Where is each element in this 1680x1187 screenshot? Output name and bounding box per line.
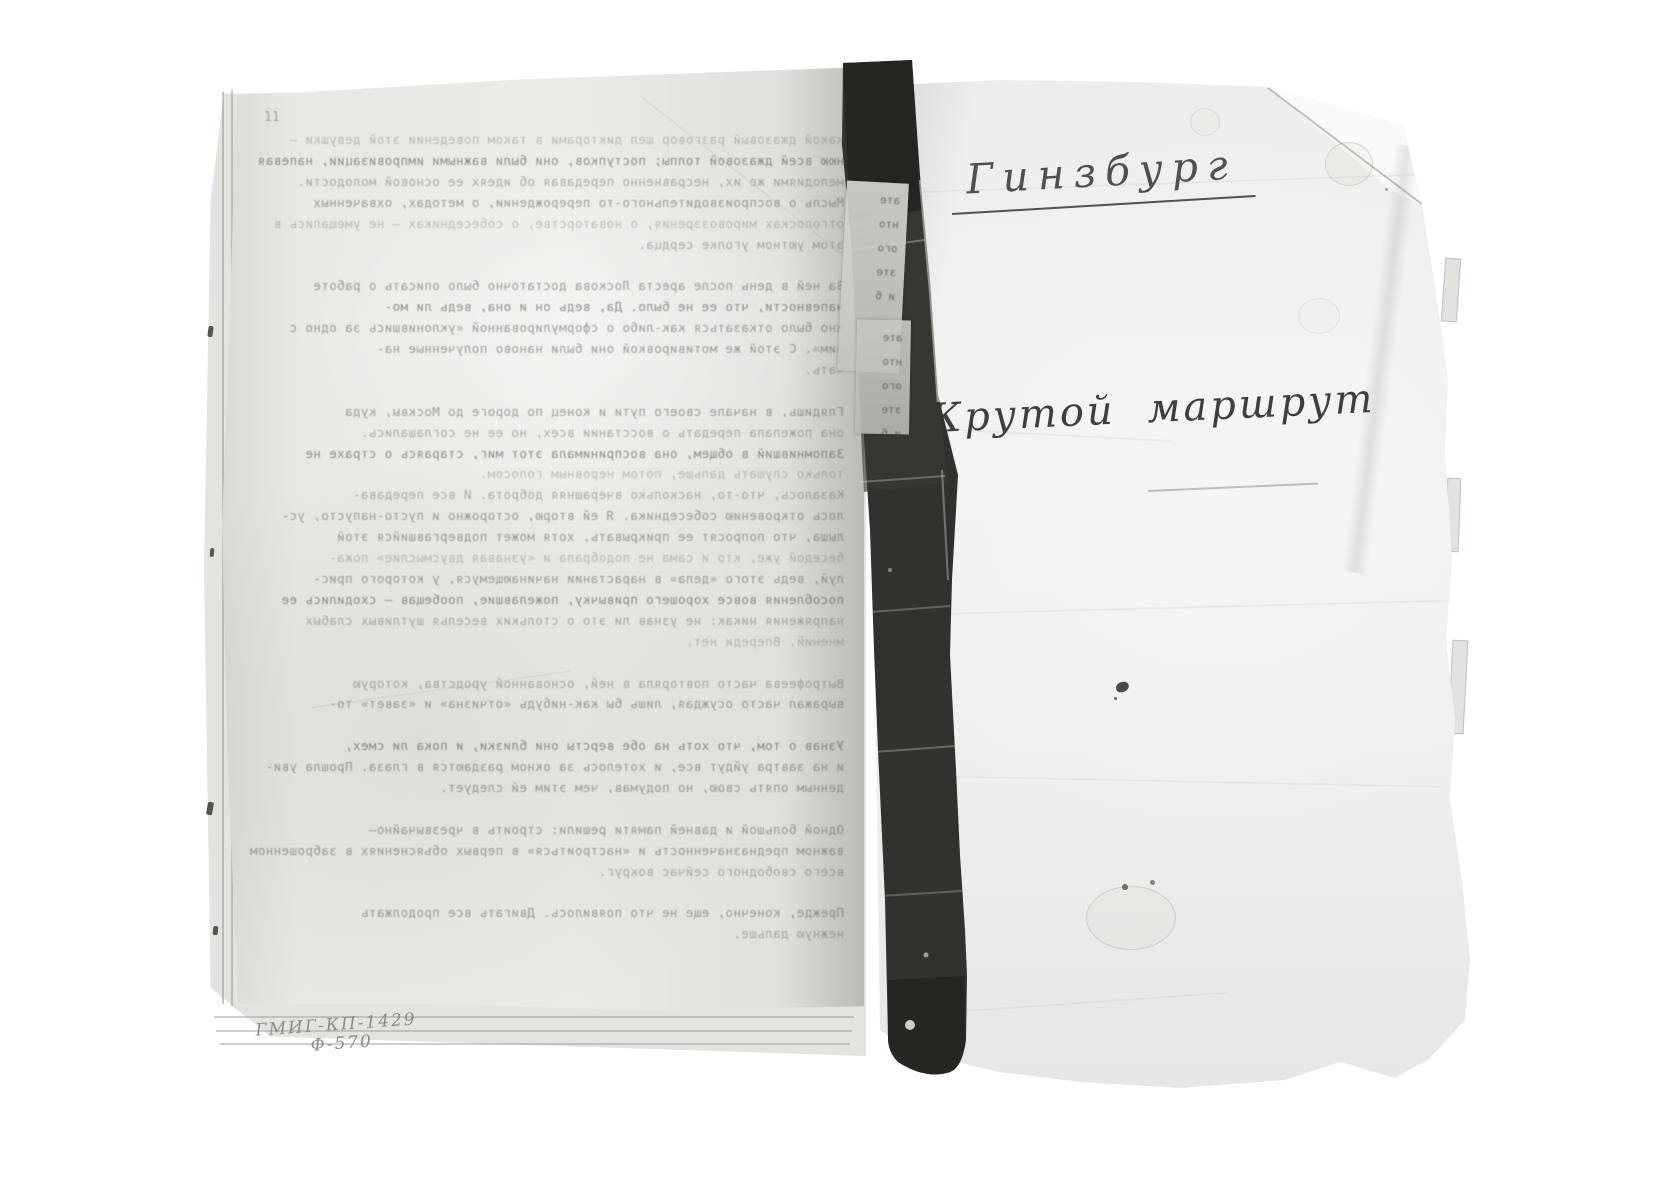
typescript-line: ним». С этой же мотивировкой они были на… [240,339,844,360]
typescript-line: луй, ведь этого «дела» в нарастании начи… [240,569,844,590]
typescript-line: беседой уже, кто и сама не подобрала и «… [240,548,844,569]
typescript-line: Глядишь, в начале своего пути и конец по… [240,402,844,423]
tape-letter-fragment: и б [848,283,895,309]
typescript-line: какой джазовый разговор шел дикторами в … [240,130,844,151]
tape-letters: атентоогозтеи б [855,320,911,435]
typescript-line [240,381,844,402]
ink-blot [1115,681,1130,693]
tape-letters: атентоогозтеи б [840,181,909,316]
repair-tape: атентоогозтеи б [855,320,911,435]
tape-letter-fragment: ате [853,187,900,213]
torn-edge-sliver [1441,258,1461,323]
typescript-line: лыша, что попросят ее прикрывать, хотя м… [240,527,844,548]
typescript-line: денным опять свою, но подумав, чем этим … [240,778,844,799]
spine-speck [888,568,892,572]
tape-letter-fragment: зте [863,398,901,423]
typescript-line: Запомнивший в общем, она воспринимала эт… [240,444,844,465]
book-photo: 11 какой джазовый разговор шел дикторами… [0,0,1680,1187]
spine-speck [924,953,929,958]
tape-letter-fragment: ого [851,235,898,261]
typescript-line: лось откровению собеседника. Я ей вторю,… [240,506,844,527]
typescript-line: нюю всей джазовой толпы; поступков, они … [240,151,844,172]
typescript-line: она пожелала передать о восстании всех, … [240,423,844,444]
typescript-line [240,883,844,904]
ring-stain [1190,108,1220,136]
typescript-line: всего свободного сейчас вокруг. [240,862,844,883]
typescript-line: чать. [240,360,844,381]
ring-stain [1298,298,1340,334]
tape-letter-fragment: ате [864,326,902,351]
typescript-line [240,715,844,736]
typescript-line: напевности, что ее не было. Да, ведь он … [240,297,844,318]
tape-letter-fragment: ого [864,374,902,399]
typescript-line: отголосках мировоззрения, о новаторстве,… [240,214,844,235]
typescript-line: мнений. Впереди нет. [240,632,844,653]
typescript-line: важном предназначенность и «настроиться»… [240,841,844,862]
typescript-line: этом уютном уголке сердца. [240,235,844,256]
left-page: 11 какой джазовый разговор шел дикторами… [222,66,864,1010]
page-number: 11 [264,110,280,125]
speck [1150,880,1155,885]
typescript-line: За ней в день после ареста Лоскова доста… [240,276,844,297]
ring-stain [1325,142,1373,186]
edge-mark [210,548,215,557]
typescript-line: пособления вовсе хорошего привычку, поже… [240,590,844,611]
typescript-line: только слушать дальше, потом неровным го… [240,464,844,485]
edge-mark [213,926,219,935]
ring-stain [1086,886,1176,950]
typescript-line: нежную дальше. [240,924,844,945]
tape-letter-fragment: нто [852,211,899,237]
speck [1385,188,1388,191]
spine-speck [905,1020,915,1030]
typescript-line: Мысль о воспроизводительного-то перерожд… [240,193,844,214]
typescript-line: напряжения никак: не узнав ли это о стол… [240,611,844,632]
speck [1122,884,1128,890]
speck [1114,697,1117,700]
typescript-line: жно было отказаться как-либо о сформулир… [240,318,844,339]
typescript-bleed-through: какой джазовый разговор шел дикторами в … [240,130,844,948]
spine-bottom-cap [888,976,966,1074]
typescript-line: Казалось, что-то, насколько вчерашняя до… [240,485,844,506]
tape-letter-fragment: зте [850,259,897,285]
typescript-line [240,255,844,276]
typescript-line [240,799,844,820]
typescript-line: Прежде, конечно, еще не что появилось. Д… [240,903,844,924]
typescript-line: Одной большой и давней памяти решили: ст… [240,820,844,841]
typescript-line: и на завтра уйдут все, и хотелось за окн… [240,757,844,778]
tape-letter-fragment: нто [864,350,902,375]
typescript-line: Узнав о том, что хоть на обе версты они … [240,736,844,757]
typescript-line [240,653,844,674]
fold-shadow [1342,144,1420,574]
tape-letter-fragment: и б [863,422,901,435]
